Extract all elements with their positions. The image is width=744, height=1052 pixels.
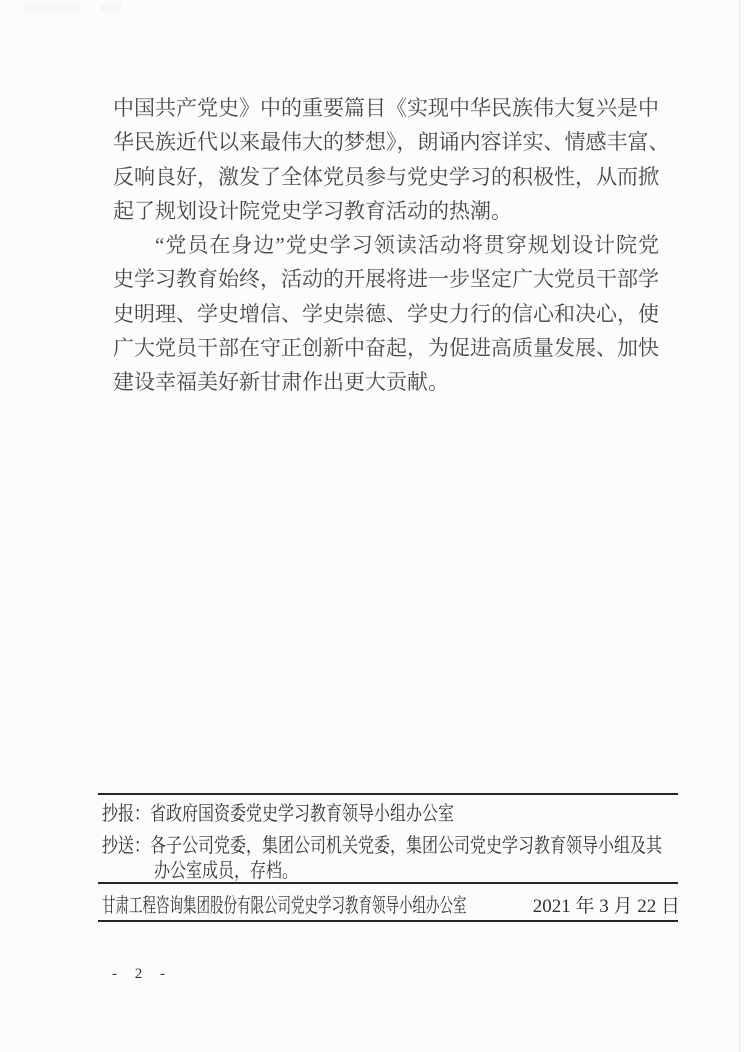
body-line-paragraph-start: “党员在身边”党史学习领读活动将贯穿规划设计院党 [113, 228, 659, 262]
scan-edge-line [739, 0, 740, 1052]
body-line: 华民族近代以来最伟大的梦想》，朗诵内容详实、情感丰富、 [113, 125, 659, 159]
body-line: 史明理、学史增信、学史崇德、学史力行的信心和决心，使 [113, 297, 659, 331]
page-number: - 2 - [112, 966, 172, 983]
document-body: 中国共产党史》中的重要篇目《实现中华民族伟大复兴是中 华民族近代以来最伟大的梦想… [113, 91, 659, 400]
scan-smudge [23, 3, 80, 11]
body-line: 广大党员干部在守正创新中奋起，为促进高质量发展、加快 [113, 331, 659, 365]
body-line: 起了规划设计院党史学习教育活动的热潮。 [113, 194, 659, 228]
body-line: 史学习教育始终，活动的开展将进一步坚定广大党员干部学 [113, 262, 659, 296]
footer-divider-top [98, 793, 678, 795]
body-line: 反响良好，激发了全体党员参与党史学习的积极性，从而掀 [113, 160, 659, 194]
issue-date: 2021 年 3 月 22 日 [533, 896, 680, 918]
body-line: 建设幸福美好新甘肃作出更大贡献。 [113, 365, 659, 399]
scan-smudge [100, 3, 122, 11]
copy-report-line: 抄报：省政府国资委党史学习教育领导小组办公室 [102, 803, 454, 825]
body-line: 中国共产党史》中的重要篇目《实现中华民族伟大复兴是中 [113, 91, 659, 125]
copy-send-line-2: 办公室成员，存档。 [154, 860, 298, 882]
issuing-office: 甘肃工程咨询集团股份有限公司党史学习教育领导小组办公室 [102, 895, 467, 917]
document-page: 中国共产党史》中的重要篇目《实现中华民族伟大复兴是中 华民族近代以来最伟大的梦想… [0, 0, 744, 1052]
copy-send-line-1: 抄送：各子公司党委，集团公司机关党委，集团公司党史学习教育领导小组及其 [102, 835, 662, 857]
issuer-divider-top [98, 882, 678, 884]
issuer-divider-bottom [98, 920, 678, 922]
